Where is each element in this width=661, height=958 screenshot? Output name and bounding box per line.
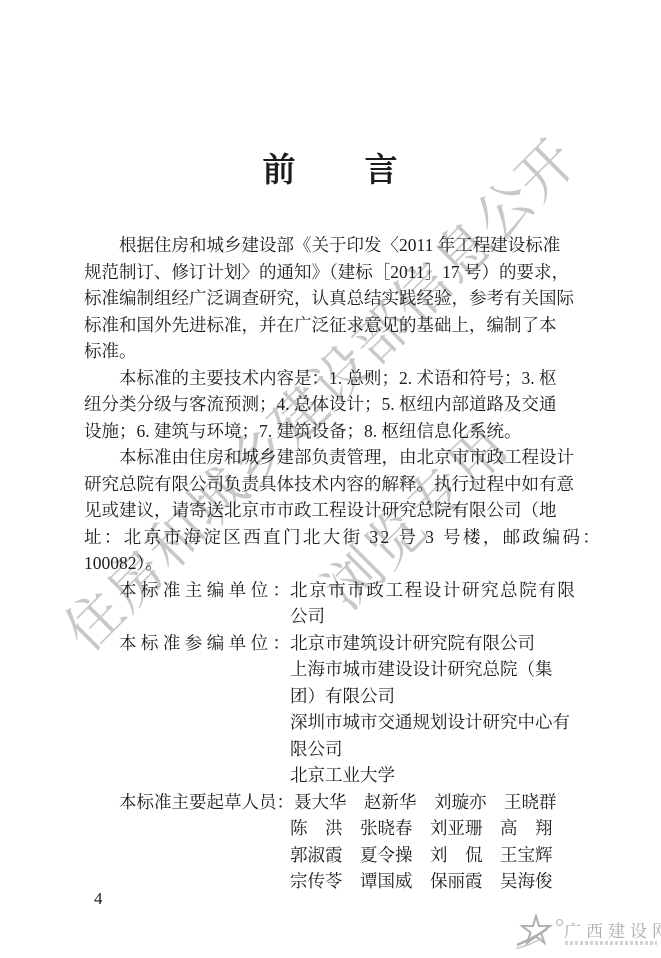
text-line: 深圳市城市交通规划设计研究中心有 (84, 709, 581, 736)
text-line: 址：北京市海淀区西直门北大街 32 号 3 号楼，邮政编码： (84, 524, 581, 551)
text-line: 规范制订、修订计划〉的通知》（建标［2011］17 号）的要求， (84, 259, 581, 286)
document-page: 住房和城乡建设部信息公开 浏览专用 前 言 根据住房和城乡建设部《关于印发〈20… (0, 0, 661, 958)
text-line: 公司 (84, 603, 581, 630)
registered-dot-icon (556, 919, 563, 926)
unit-value: 北京市市政工程设计研究总院有限 (290, 577, 577, 604)
unit-label: 本标准参编单位： (119, 630, 290, 657)
text-line: 研究总院有限公司负责具体技术内容的解释。执行过程中如有意 (84, 471, 581, 498)
site-name: 广西建设网 (564, 917, 661, 942)
text-line: 本标准由住房和城乡建部负责管理，由北京市市政工程设计 (84, 444, 581, 471)
site-logo: 广西建设网 (514, 910, 658, 954)
text-line: 100082）。 (84, 550, 581, 577)
text-line: 标准和国外先进标准，并在广泛征求意见的基础上，编制了本 (84, 312, 581, 339)
text-line: 宗传苓 谭国威 保丽霞 吴海俊 (84, 868, 581, 895)
unit-value: 聂大华 赵新华 刘璇亦 王晓群 (294, 789, 557, 816)
page-number: 4 (94, 889, 103, 909)
text-line: 郭淑霞 夏令操 刘 侃 王宝辉 (84, 842, 581, 869)
text-line: 团）有限公司 (84, 683, 581, 710)
text-line: 根据住房和城乡建设部《关于印发〈2011 年工程建设标准 (84, 232, 581, 259)
text-line: 见或建议，请寄送北京市市政工程设计研究总院有限公司（地 (84, 497, 581, 524)
page-title: 前 言 (0, 144, 661, 191)
logo-tagline (565, 941, 657, 945)
text-line: 标准。 (84, 338, 581, 365)
text-line: 陈 洪 张晓春 刘亚珊 高 翔 (84, 815, 581, 842)
star-icon (514, 914, 556, 950)
text-line: 本标准的主要技术内容是：1. 总则；2. 术语和符号；3. 枢 (84, 365, 581, 392)
text-line: 北京工业大学 (84, 762, 581, 789)
text-line: 标准编制组经广泛调查研究，认真总结实践经验，参考有关国际 (84, 285, 581, 312)
unit-value: 北京市建筑设计研究院有限公司 (290, 630, 535, 657)
unit-label: 本标准主编单位： (119, 577, 290, 604)
unit-line: 本标准主编单位：北京市市政工程设计研究总院有限 (84, 577, 581, 604)
body-text: 根据住房和城乡建设部《关于印发〈2011 年工程建设标准规范制订、修订计划〉的通… (84, 232, 581, 895)
text-line: 限公司 (84, 736, 581, 763)
unit-label: 本标准主要起草人员： (119, 789, 294, 816)
text-line: 纽分类分级与客流预测；4. 总体设计；5. 枢纽内部道路及交通 (84, 391, 581, 418)
unit-line: 本标准主要起草人员：聂大华 赵新华 刘璇亦 王晓群 (84, 789, 581, 816)
unit-line: 本标准参编单位：北京市建筑设计研究院有限公司 (84, 630, 581, 657)
text-line: 设施；6. 建筑与环境；7. 建筑设备；8. 枢纽信息化系统。 (84, 418, 581, 445)
text-line: 上海市城市建设设计研究总院（集 (84, 656, 581, 683)
